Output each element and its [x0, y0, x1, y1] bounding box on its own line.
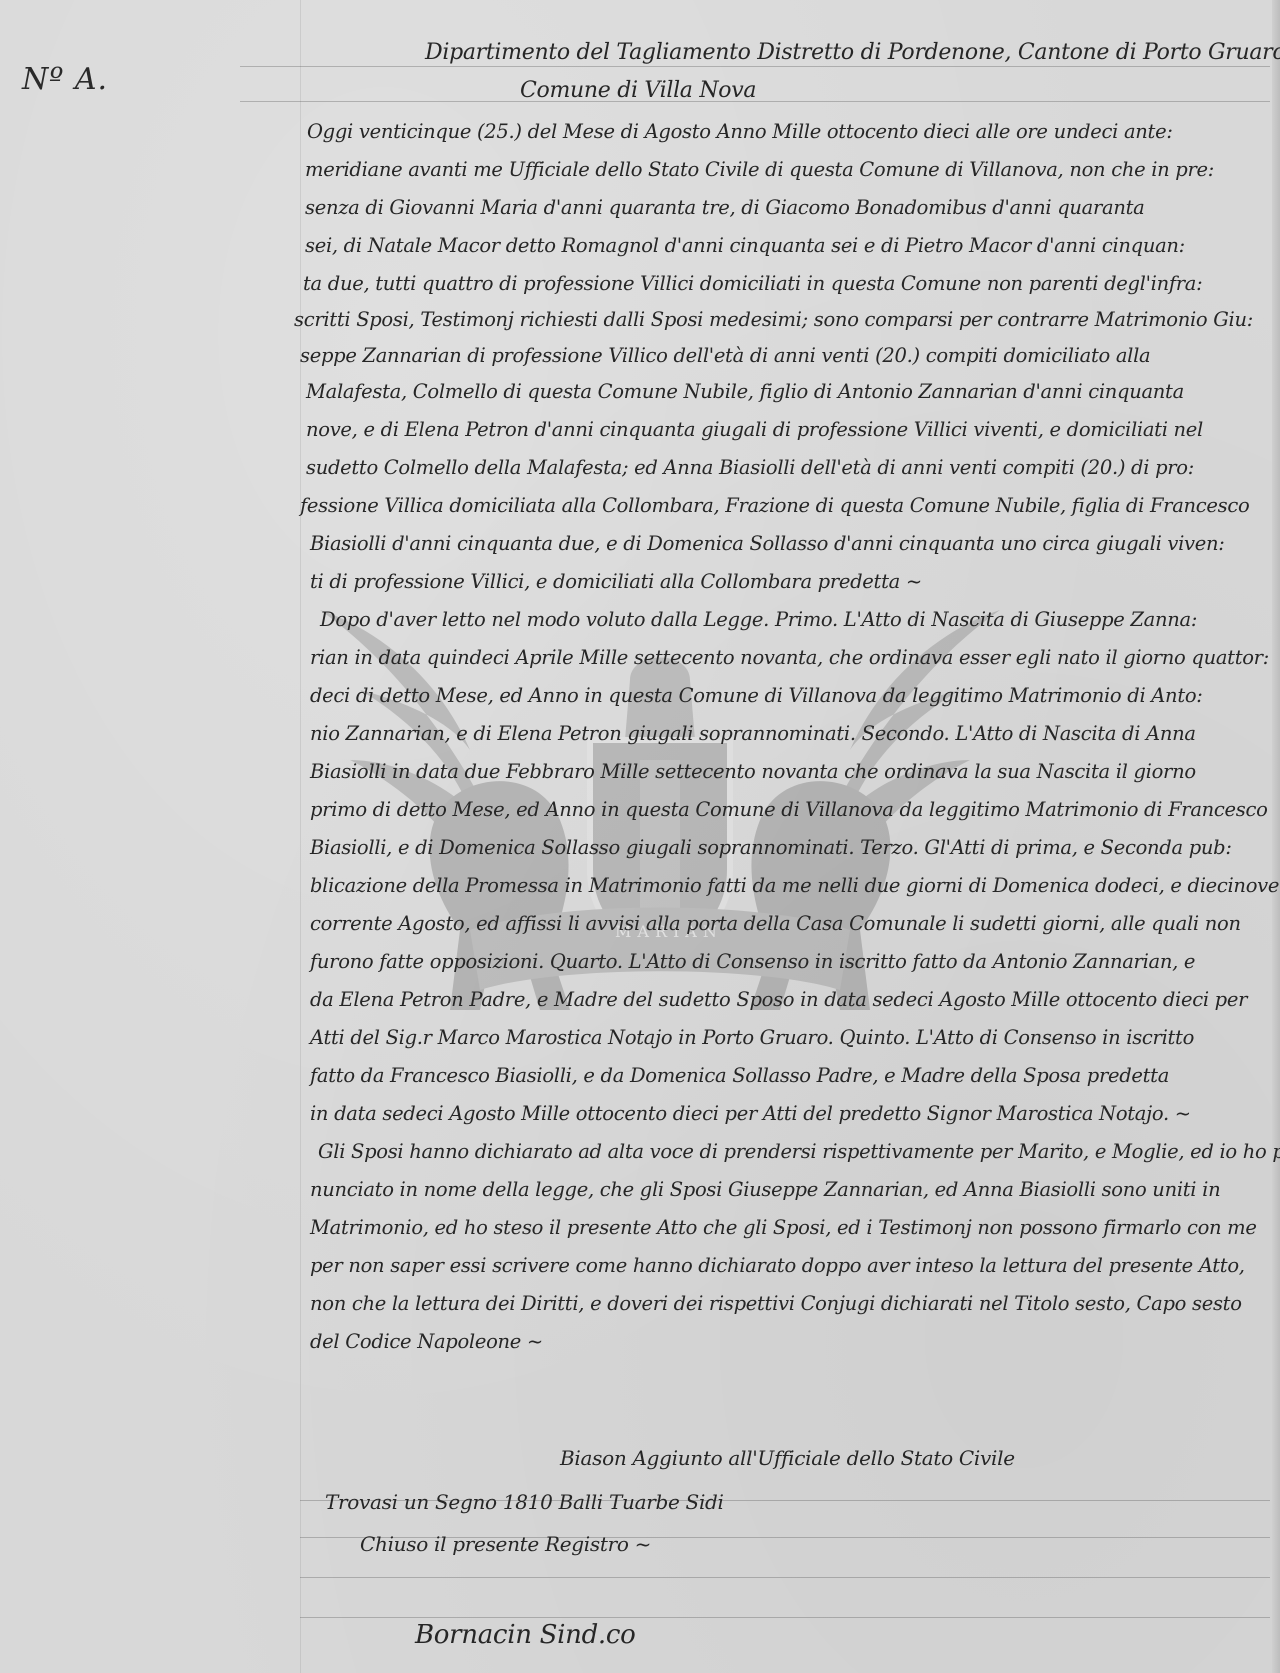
body-line: Biasiolli in data due Febbraro Mille set…: [310, 760, 1196, 783]
body-line: primo di detto Mese, ed Anno in questa C…: [310, 798, 1268, 821]
body-line: non che la lettura dei Diritti, e doveri…: [310, 1292, 1242, 1315]
body-line: nove, e di Elena Petron d'anni cinquanta…: [306, 418, 1203, 441]
body-line: Biasiolli, e di Domenica Sollasso giugal…: [310, 836, 1232, 859]
record-number: Nº A.: [22, 62, 108, 97]
body-line: scritti Sposi, Testimonj richiesti dalli…: [294, 308, 1253, 331]
body-line: Atti del Sig.r Marco Marostica Notajo in…: [310, 1026, 1194, 1049]
body-line: nio Zannarian, e di Elena Petron giugali…: [310, 722, 1196, 745]
ruled-line: [300, 1617, 1270, 1618]
body-line: da Elena Petron Padre, e Madre del sudet…: [310, 988, 1247, 1011]
closing-adjunct-officer: Biason Aggiunto all'Ufficiale dello Stat…: [560, 1446, 1015, 1470]
body-line: sudetto Colmello della Malafesta; ed Ann…: [306, 456, 1194, 479]
body-line: Matrimonio, ed ho steso il presente Atto…: [310, 1216, 1257, 1239]
ruled-line: [240, 66, 1270, 67]
closing-register-closed: Chiuso il presente Registro ~: [360, 1532, 651, 1556]
body-line: ta due, tutti quattro di professione Vil…: [303, 272, 1202, 295]
body-line: fatto da Francesco Biasiolli, e da Domen…: [310, 1064, 1169, 1087]
body-line: rian in data quindeci Aprile Mille sette…: [310, 646, 1269, 669]
body-line: Gli Sposi hanno dichiarato ad alta voce …: [318, 1140, 1280, 1163]
header-comune: Comune di Villa Nova: [520, 78, 756, 103]
body-line: Biasiolli d'anni cinquanta due, e di Dom…: [310, 532, 1225, 555]
body-line: del Codice Napoleone ~: [310, 1330, 543, 1353]
body-line: sei, di Natale Macor detto Romagnol d'an…: [305, 234, 1185, 257]
body-line: blicazione della Promessa in Matrimonio …: [310, 874, 1279, 897]
document-page: MARIAN Nº A. Dipartimento del Tagliament…: [0, 0, 1280, 1673]
closing-note: Trovasi un Segno 1810 Balli Tuarbe Sidi: [325, 1490, 724, 1514]
ruled-line: [300, 1577, 1270, 1578]
body-line: nunciato in nome della legge, che gli Sp…: [310, 1178, 1220, 1201]
body-line: meridiane avanti me Ufficiale dello Stat…: [305, 158, 1214, 181]
margin-line: [300, 0, 301, 1673]
body-line: corrente Agosto, ed affissi li avvisi al…: [310, 912, 1241, 935]
body-line: furono fatte opposizioni. Quarto. L'Atto…: [310, 950, 1195, 973]
body-line: Oggi venticinque (25.) del Mese di Agost…: [307, 120, 1173, 143]
mayor-signature: Bornacin Sind.co: [415, 1620, 636, 1650]
body-line: per non saper essi scrivere come hanno d…: [310, 1254, 1245, 1277]
body-line: ti di professione Villici, e domiciliati…: [310, 570, 922, 593]
page-edge: [1272, 0, 1280, 1673]
body-line: Malafesta, Colmello di questa Comune Nub…: [306, 380, 1184, 403]
header-department: Dipartimento del Tagliamento Distretto d…: [425, 40, 1280, 65]
body-line: fessione Villica domiciliata alla Collom…: [300, 494, 1249, 517]
body-line: senza di Giovanni Maria d'anni quaranta …: [305, 196, 1144, 219]
body-line: seppe Zannarian di professione Villico d…: [300, 344, 1150, 367]
body-line: in data sedeci Agosto Mille ottocento di…: [310, 1102, 1191, 1125]
body-line: deci di detto Mese, ed Anno in questa Co…: [310, 684, 1203, 707]
body-line: Dopo d'aver letto nel modo voluto dalla …: [320, 608, 1197, 631]
